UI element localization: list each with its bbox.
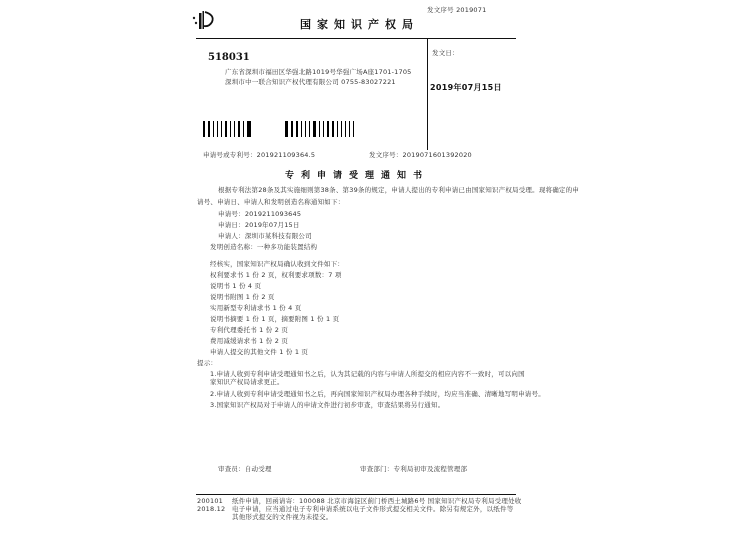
document-item: 申请人提交的其他文件 1 份 1 页 <box>210 348 308 356</box>
application-number-label: 申请号或专利号： <box>203 151 257 159</box>
patent-acceptance-notice: 国家知识产权局 发文序号 2019071 518031 广东省深圳市福田区华强北… <box>0 0 750 540</box>
intro-line-2: 请号、申请日、申请人和发明创造名称通知如下： <box>197 198 344 206</box>
office-name: 国家知识产权局 <box>300 16 419 32</box>
field-application-date: 申请日：2019年07月15日 <box>218 221 300 229</box>
document-item: 说明书 1 份 4 页 <box>210 282 261 290</box>
case-number-label: 发文序号： <box>369 151 403 159</box>
case-number-value: 2019071601392020 <box>403 151 472 159</box>
document-item: 专利代理委托书 1 份 2 页 <box>210 326 288 334</box>
application-number: 申请号或专利号：201921109364.5 <box>203 151 315 159</box>
footer-tag: 200101 <box>197 497 223 505</box>
document-number: 发文序号 2019071 <box>427 6 486 14</box>
issue-date: 2019年07月15日 <box>430 82 502 93</box>
document-item: 实用新型专利请求书 1 份 4 页 <box>210 304 301 312</box>
header-divider <box>196 38 516 39</box>
case-number: 发文序号：2019071601392020 <box>369 151 472 159</box>
cnipa-logo-icon <box>190 9 218 31</box>
document-item: 说明书摘要 1 份 1 页，摘要附图 1 份 1 页 <box>210 315 339 323</box>
field-invention-name: 发明创造名称：一种多功能装置结构 <box>210 243 317 251</box>
postcode: 518031 <box>208 52 250 63</box>
field-applicant: 申请人：深圳市某科技有限公司 <box>218 232 312 240</box>
address-line-1: 广东省深圳市福田区华强北路1019号华强广场A座1701-1705 <box>225 68 412 76</box>
examiner: 审查员：自动受理 <box>218 465 272 473</box>
document-item: 权利要求书 1 份 2 页，权利要求项数：7 项 <box>210 271 342 279</box>
examination-department: 审查部门：专利局初审及流程管理部 <box>360 465 467 473</box>
document-item: 说明书附图 1 份 2 页 <box>210 293 275 301</box>
header-vertical-divider <box>427 38 428 150</box>
documents-intro: 经核实，国家知识产权局确认收到文件如下： <box>210 260 344 268</box>
footer-divider <box>196 494 516 495</box>
remark-line: 1.申请人收到专利申请受理通知书之后，认为其记载的内容与申请人所提交的相应内容不… <box>210 370 530 386</box>
address-line-2: 深圳市中一联合知识产权代理有限公司 0755-83027221 <box>225 78 396 86</box>
document-title: 专利申请受理通知书 <box>285 168 429 181</box>
application-number-value: 201921109364.5 <box>257 151 316 159</box>
footer-line: 纸件申请，回函请寄：100088 北京市海淀区蓟门桥西土城路6号 国家知识产权局… <box>232 497 521 505</box>
remark-line: 3.国家知识产权局对于申请人的申请文件进行初步审查，审查结果将另行通知。 <box>210 401 444 409</box>
remarks-heading: 提示： <box>197 359 217 367</box>
document-item: 费用减缓请求书 1 份 2 页 <box>210 337 288 345</box>
issue-date-label: 发文日： <box>432 49 459 57</box>
footer-line: 电子申请，应当通过电子专利申请系统以电子文件形式提交相关文件。除另有规定外，以纸… <box>232 505 517 521</box>
field-application-number: 申请号：2019211093645 <box>218 210 301 218</box>
footer-tag: 2018.12 <box>197 505 225 513</box>
intro-line-1: 根据专利法第28条及其实施细则第38条、第39条的规定，申请人提出的专利申请已由… <box>218 186 579 194</box>
remark-line: 2.申请人收到专利申请受理通知书之后，再向国家知识产权局办理各种手续时，均应当准… <box>210 390 545 398</box>
barcode-icon <box>203 121 357 137</box>
